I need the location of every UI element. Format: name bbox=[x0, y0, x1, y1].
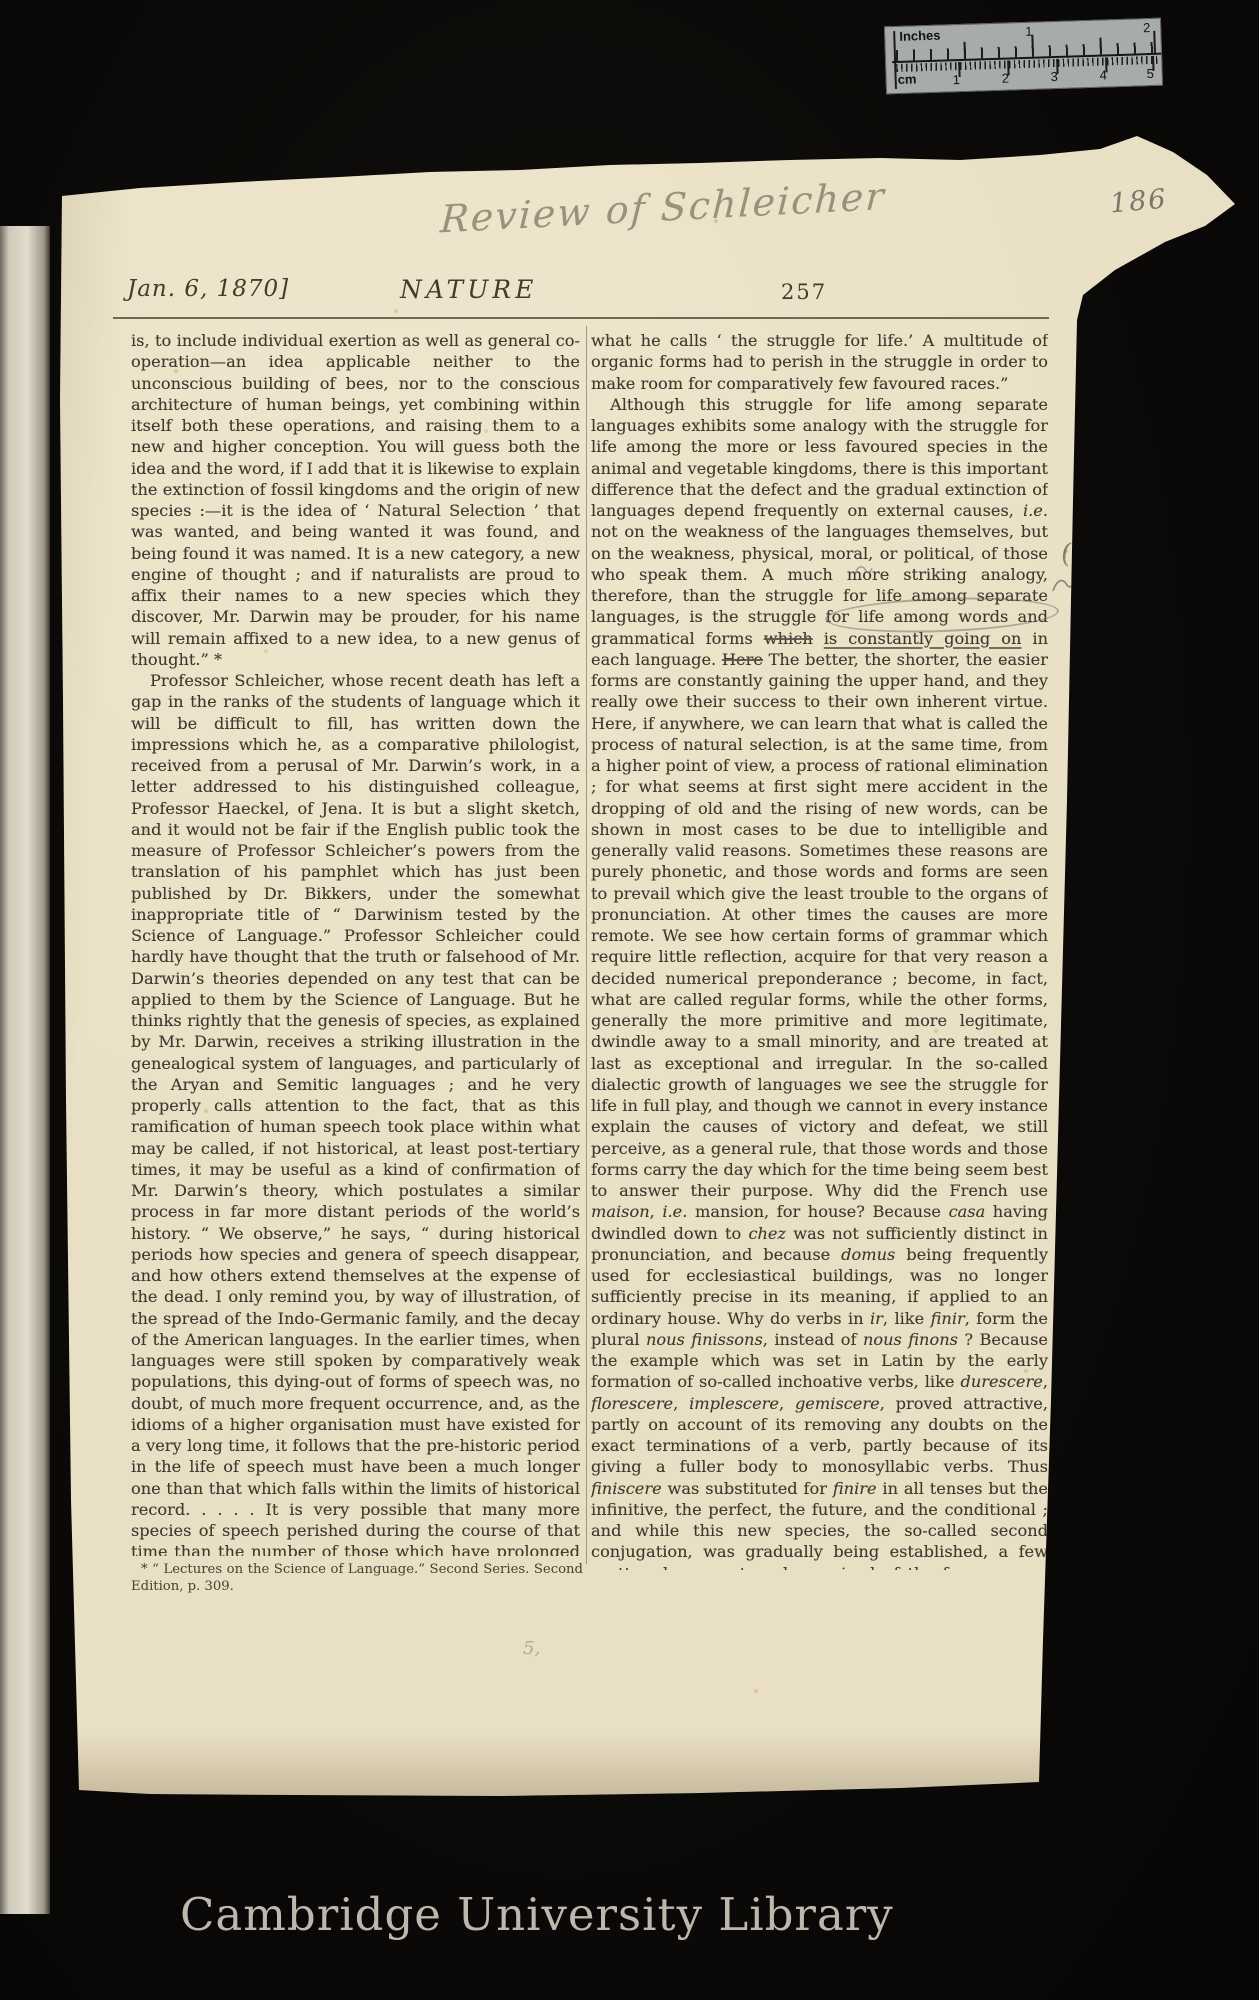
library-watermark: Cambridge University Library bbox=[180, 1888, 820, 1941]
pencil-bracket-mark: ( bbox=[1059, 537, 1074, 569]
header-rule bbox=[113, 317, 1049, 319]
journal-title: NATURE bbox=[400, 275, 537, 304]
paragraph: what he calls ‘ the struggle for life.’ … bbox=[591, 330, 1048, 394]
paragraph: Professor Schleicher, whose recent death… bbox=[131, 670, 580, 1556]
ruler-cm-label: cm bbox=[897, 71, 916, 87]
paragraph: Although this struggle for life among se… bbox=[591, 394, 1048, 1570]
column-divider bbox=[586, 326, 587, 1564]
ruler-cm-number: 3 bbox=[1050, 69, 1058, 84]
right-column: what he calls ‘ the struggle for life.’ … bbox=[591, 330, 1048, 1570]
ruler-cm-number: 1 bbox=[952, 72, 960, 87]
ruler-cm-number: 2 bbox=[1001, 70, 1009, 85]
adjacent-page-edge bbox=[0, 226, 50, 1914]
pencil-faint-number: 5, bbox=[523, 1638, 540, 1659]
ruler-inch-number: 2 bbox=[1143, 20, 1151, 35]
pencil-quote-mark: ″ bbox=[1001, 658, 1007, 677]
ruler-cm-number: 4 bbox=[1099, 67, 1107, 82]
ruler-tick bbox=[1153, 31, 1156, 53]
ruler-tick bbox=[964, 42, 967, 59]
measuring-ruler: Inches 1 2 cm 1 2 3 4 5 bbox=[884, 18, 1163, 95]
footnote: * “ Lectures on the Science of Language.… bbox=[131, 1562, 583, 1595]
pencil-caret-mark: ‸ bbox=[995, 582, 1000, 600]
ruler-tick bbox=[1031, 35, 1034, 57]
ruler-tick bbox=[1099, 38, 1102, 55]
ruler-cm-number: 5 bbox=[1146, 66, 1154, 81]
header-date: Jan. 6, 1870] bbox=[127, 276, 289, 302]
journal-page: Review of Schleicher 186 Jan. 6, 1870] N… bbox=[55, 130, 1235, 1800]
scan-canvas: { "background": { "watermark": "Cambridg… bbox=[0, 0, 1259, 2000]
pencil-squiggle-mark bbox=[853, 562, 873, 581]
ruler-inches-label: Inches bbox=[899, 28, 941, 44]
foxing-specks bbox=[55, 130, 57, 132]
pencil-squiggle-mark bbox=[1051, 576, 1075, 598]
handwritten-title: Review of Schleicher bbox=[439, 173, 911, 242]
pencil-folio-number: 186 bbox=[1109, 184, 1169, 220]
paragraph: is, to include individual exertion as we… bbox=[131, 330, 580, 670]
page-number: 257 bbox=[781, 280, 827, 304]
left-column: is, to include individual exertion as we… bbox=[131, 330, 580, 1556]
